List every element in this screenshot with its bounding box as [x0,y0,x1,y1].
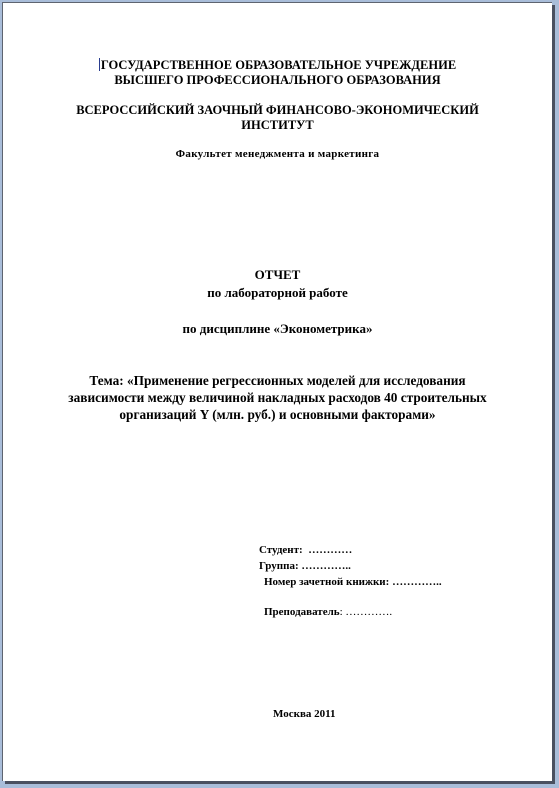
university-line-1: ВСЕРОССИЙСКИЙ ЗАОЧНЫЙ ФИНАНСОВО-ЭКОНОМИЧ… [3,103,552,118]
topic-line-1: Тема: «Применение регрессионных моделей … [3,372,552,389]
work-type: по лабораторной работе [3,285,552,300]
report-title: ОТЧЕТ [3,267,552,282]
record-book-label: Номер зачетной книжки: [264,576,389,588]
city-year: Москва 2011 [273,707,336,722]
faculty: Факультет менеджмента и маркетинга [3,148,552,160]
student-value: ………… [308,544,352,556]
group-label: Группа: [259,560,299,572]
record-book-field: Номер зачетной книжки: ………….. [264,575,442,590]
discipline: по дисциплине «Эконометрика» [3,321,552,336]
student-field: Студент: ………… [259,543,352,558]
teacher-field: Преподаватель: …………. [264,605,392,620]
text-cursor [99,58,100,71]
institution-line-1: ГОСУДАРСТВЕННОЕ ОБРАЗОВАТЕЛЬНОЕ УЧРЕЖДЕН… [3,58,552,73]
teacher-label: Преподаватель [264,606,340,618]
university-line-2: ИНСТИТУТ [3,118,552,133]
topic-line-3: организаций Y (млн. руб.) и основными фа… [3,406,552,423]
student-label: Студент: [259,544,303,556]
institution-line-2: ВЫСШЕГО ПРОФЕССИОНАЛЬНОГО ОБРАЗОВАНИЯ [3,73,552,88]
teacher-value: : …………. [340,606,393,618]
topic-line-2: зависимости между величиной накладных ра… [3,389,552,406]
document-page[interactable]: ГОСУДАРСТВЕННОЕ ОБРАЗОВАТЕЛЬНОЕ УЧРЕЖДЕН… [2,2,552,781]
record-book-value: ………….. [392,576,442,588]
group-field: Группа: ………….. [259,559,351,574]
group-value: ………….. [301,560,351,572]
